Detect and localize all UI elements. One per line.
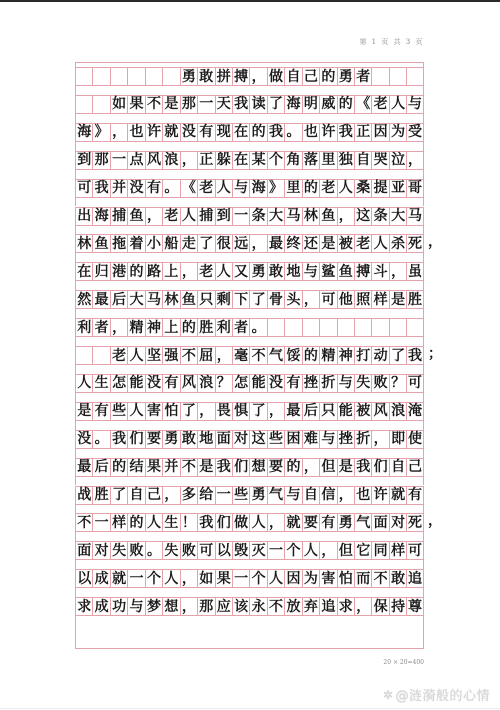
grid-cell: 个 [284, 542, 301, 559]
grid-cell: 敢 [267, 263, 284, 280]
grid-cell: 人 [267, 570, 284, 587]
grid-cell: 老 [162, 208, 179, 225]
grid-cell: 因 [371, 124, 388, 141]
grid-cell: 失 [354, 375, 371, 392]
grid-cell: 正 [197, 152, 214, 169]
grid-cell: 上 [162, 263, 179, 280]
grid-cell: 与 [127, 598, 144, 615]
grid-cell: 归 [92, 263, 109, 280]
text-row: 可我并没有。《老人与海》里的老人桑提亚哥 [75, 179, 424, 198]
grid-cell: 虽 [406, 263, 423, 280]
grid-cell [92, 347, 109, 364]
grid-cell: 没 [127, 180, 144, 197]
row-gap [75, 226, 424, 235]
row-gap [75, 309, 424, 318]
grid-cell: 不 [267, 598, 284, 615]
grid-cell: 对 [92, 542, 109, 559]
grid-cell: 小 [145, 235, 162, 252]
grid-cell: 那 [92, 152, 109, 169]
grid-cell [110, 68, 127, 85]
grid-cell: ， [215, 347, 232, 364]
grid-cell [162, 68, 179, 85]
grid-cell: 没 [267, 375, 284, 392]
grid-cell: 畏 [215, 403, 232, 420]
text-row: 然最后大马林鱼只剩下了骨头，可他照样是胜 [75, 290, 424, 309]
grid-cell: 在 [232, 152, 249, 169]
grid-cell: 能 [127, 375, 144, 392]
row-gap [75, 253, 424, 262]
grid-cell: 对 [389, 514, 406, 531]
grid-cell: 受 [406, 124, 423, 141]
grid-cell: 坚 [145, 347, 162, 364]
grid-cell: 可 [75, 180, 92, 197]
grid-cell: 己 [406, 459, 423, 476]
grid-cell: 做 [267, 68, 284, 85]
grid-cell: 面 [75, 542, 92, 559]
grid-cell: 着 [127, 235, 144, 252]
grid-cell: 一 [197, 96, 214, 113]
grid-cell: 败 [127, 542, 144, 559]
grid-cell: 敢 [197, 68, 214, 85]
grid-cell: 很 [215, 235, 232, 252]
row-gap [75, 588, 424, 597]
grid-cell: 某 [249, 152, 266, 169]
grid-cell: 一 [267, 542, 284, 559]
grid-cell: 马 [406, 208, 423, 225]
grid-cell: 的 [284, 459, 301, 476]
grid-cell: 精 [319, 347, 336, 364]
grid-cell: 果 [145, 459, 162, 476]
row-gap [75, 449, 424, 458]
grid-cell: 信 [319, 487, 336, 504]
grid-cell [75, 96, 92, 113]
grid-cell: 鲨 [319, 263, 336, 280]
grid-cell: 在 [75, 263, 92, 280]
text-row: 林鱼拖着小船走了很远，最终还是被老人杀死 [75, 234, 424, 253]
grid-cell: 挫 [337, 431, 354, 448]
grid-cell: ， [319, 542, 336, 559]
row-gap [75, 170, 424, 179]
grid-cell: 敢 [389, 570, 406, 587]
grid-cell: ， [389, 263, 406, 280]
grid-cell: 走 [180, 235, 197, 252]
grid-cell: 鱼 [127, 208, 144, 225]
text-row: 到那一点风浪，正躲在某个角落里独自哭泣， [75, 151, 424, 170]
grid-cell: 弃 [302, 598, 319, 615]
grid-cell: 毁 [232, 542, 249, 559]
overflow-punctuation: ； [428, 345, 442, 364]
grid-cell: 失 [110, 542, 127, 559]
grid-cell: 想 [162, 598, 179, 615]
grid-cell: 明 [302, 96, 319, 113]
grid-cell [371, 68, 388, 85]
grid-cell: ？ [389, 375, 406, 392]
grid-cell: 人 [371, 235, 388, 252]
grid-cell: 照 [354, 291, 371, 308]
grid-cell: 拼 [215, 68, 232, 85]
grid-cell: 但 [337, 542, 354, 559]
grid-cell: 样 [110, 514, 127, 531]
grid-cell: 神 [337, 347, 354, 364]
grid-cell: 港 [110, 263, 127, 280]
grid-cell: 了 [267, 96, 284, 113]
grid-cell: 我 [354, 459, 371, 476]
grid-cell: 海 [75, 124, 92, 141]
grid-cell: 路 [145, 263, 162, 280]
grid-cell: 人 [215, 180, 232, 197]
grid-cell: 梦 [145, 598, 162, 615]
grid-cell: 战 [75, 487, 92, 504]
grid-cell: 给 [197, 487, 214, 504]
grid-cell: 样 [371, 291, 388, 308]
grid-cell: 与 [319, 431, 336, 448]
grid-cell: 海 [284, 96, 301, 113]
grid-cell: 然 [75, 291, 92, 308]
text-row: 在归港的路上，老人又勇敢地与鲨鱼搏斗，虽 [75, 262, 424, 281]
grid-cell: 成 [92, 598, 109, 615]
grid-cell [302, 319, 319, 336]
grid-cell: 人 [337, 180, 354, 197]
grid-cell: 自 [127, 487, 144, 504]
grid-cell: 只 [319, 403, 336, 420]
grid-cell: 上 [162, 319, 179, 336]
grid-cell: 《 [354, 96, 371, 113]
grid-cell: 大 [389, 208, 406, 225]
grid-cell: 勇 [162, 431, 179, 448]
row-gap [75, 337, 424, 346]
grid-cell: 害 [319, 570, 336, 587]
grid-cell: ！ [180, 514, 197, 531]
grid-cell: 一 [127, 570, 144, 587]
sparkle-icon: ✲ [383, 688, 394, 702]
grid-cell: 追 [406, 570, 423, 587]
grid-cell: ， [110, 124, 127, 141]
text-row: 以成就一个人，如果一个人因为害怕而不敢追 [75, 569, 424, 588]
grid-cell: 的 [249, 124, 266, 141]
row-gap [75, 505, 424, 514]
grid-cell: 利 [75, 319, 92, 336]
grid-cell: 一 [110, 152, 127, 169]
grid-cell: 勇 [249, 263, 266, 280]
grid-cell: 与 [232, 180, 249, 197]
grid-cell: 不 [371, 570, 388, 587]
grid-cell: 有 [406, 487, 423, 504]
grid-cell [354, 319, 371, 336]
grid-cell: 使 [406, 431, 423, 448]
grid-cell: 》 [267, 180, 284, 197]
grid-cell: ？ [215, 375, 232, 392]
grid-cell: 就 [389, 487, 406, 504]
grid-cell: 亚 [389, 180, 406, 197]
grid-cell: 这 [249, 431, 266, 448]
grid-cell: ， [249, 235, 266, 252]
grid-cell [389, 319, 406, 336]
grid-cell: 不 [180, 347, 197, 364]
manuscript-grid: 勇敢拼搏，做自己的勇者如果不是那一天我读了海明威的《老人与海》，也许就没有现在的… [75, 62, 424, 649]
grid-cell: 不 [75, 514, 92, 531]
grid-cell: 与 [337, 375, 354, 392]
grid-cell: 我 [337, 124, 354, 141]
grid-cell: 鱼 [319, 208, 336, 225]
grid-cell: 与 [302, 263, 319, 280]
grid-cell: 浪 [389, 403, 406, 420]
grid-cell: 自 [354, 152, 371, 169]
grid-cell: 条 [249, 208, 266, 225]
grid-cell [406, 68, 423, 85]
row-gap [75, 281, 424, 290]
grid-cell: 勇 [337, 68, 354, 85]
grid-cell: 到 [215, 208, 232, 225]
grid-cell: 角 [284, 152, 301, 169]
grid-cell: 屈 [197, 347, 214, 364]
grid-cell: 躲 [215, 152, 232, 169]
grid-cell: 们 [215, 514, 232, 531]
grid-cell: 有 [162, 375, 179, 392]
grid-cell: 些 [232, 487, 249, 504]
grid-cell: 精 [127, 319, 144, 336]
grid-cell: 杀 [389, 235, 406, 252]
grid-cell: 远 [232, 235, 249, 252]
grid-cell: 也 [302, 124, 319, 141]
text-row: 没。我们要勇敢地面对这些困难与挫折，即使 [75, 430, 424, 449]
grid-cell: 失 [162, 542, 179, 559]
grid-cell: 条 [371, 208, 388, 225]
grid-cell: 以 [75, 570, 92, 587]
grid-cell: 桑 [354, 180, 371, 197]
grid-cell: 里 [319, 152, 336, 169]
grid-cell: 能 [337, 403, 354, 420]
text-row: 面对失败。失败可以毁灭一个人，但它同样可 [75, 541, 424, 560]
grid-cell: 可 [406, 542, 423, 559]
grid-cell: 怕 [337, 570, 354, 587]
grid-cell: 它 [354, 542, 371, 559]
grid-cell: 果 [127, 96, 144, 113]
grid-cell [75, 68, 92, 85]
grid-cell: 功 [110, 598, 127, 615]
grid-cell: 鱼 [92, 235, 109, 252]
grid-cell: ， [180, 598, 197, 615]
grid-cell: 点 [127, 152, 144, 169]
grid-cell: 拖 [110, 235, 127, 252]
grid-cell: 面 [215, 431, 232, 448]
grid-cell: 果 [215, 570, 232, 587]
grid-cell: 者 [232, 319, 249, 336]
grid-cell: 正 [354, 124, 371, 141]
grid-cell: 尊 [406, 598, 423, 615]
grid-cell: 我 [110, 431, 127, 448]
grid-cell: 》 [92, 124, 109, 141]
text-row: 最后的结果并不是我们想要的，但是我们自己 [75, 458, 424, 477]
grid-cell: 追 [319, 598, 336, 615]
grid-cell: 捕 [197, 208, 214, 225]
text-row: 不一样的人生！我们做人，就要有勇气面对死 [75, 513, 424, 532]
grid-cell: 老 [354, 235, 371, 252]
grid-cell: 因 [284, 570, 301, 587]
grid-cell: 有 [145, 180, 162, 197]
grid-cell: 强 [162, 347, 179, 364]
grid-cell: 斗 [371, 263, 388, 280]
grid-cell: 者 [354, 68, 371, 85]
grid-cell: ， [302, 291, 319, 308]
grid-cell: 我 [267, 124, 284, 141]
watermark: ✲ @涟漪般的心情 [383, 685, 490, 704]
grid-cell: ， [110, 319, 127, 336]
grid-cell: 威 [319, 96, 336, 113]
grid-cell: 做 [232, 514, 249, 531]
grid-cell: 利 [215, 319, 232, 336]
grid-cell: 林 [162, 291, 179, 308]
grid-cell: 能 [249, 375, 266, 392]
grid-cell: 毫 [232, 347, 249, 364]
grid-cell [284, 319, 301, 336]
grid-cell: 并 [110, 180, 127, 197]
grid-cell: 出 [75, 208, 92, 225]
grid-cell: 地 [197, 431, 214, 448]
grid-cell: 海 [249, 180, 266, 197]
grid-cell: 有 [319, 514, 336, 531]
grid-cell: 有 [197, 124, 214, 141]
grid-cell: 老 [319, 180, 336, 197]
grid-cell: ， [267, 514, 284, 531]
grid-cell: 了 [249, 291, 266, 308]
grid-cell [337, 319, 354, 336]
row-gap [75, 477, 424, 486]
grid-cell: 我 [232, 96, 249, 113]
grid-cell: 为 [302, 570, 319, 587]
grid-cell: 没 [75, 431, 92, 448]
grid-cell: 可 [319, 291, 336, 308]
grid-cell: 勇 [249, 487, 266, 504]
grid-cell: 大 [127, 291, 144, 308]
grid-cell: 是 [197, 459, 214, 476]
grid-cell: 就 [284, 514, 301, 531]
grid-cell: 个 [249, 570, 266, 587]
grid-cell: 。 [145, 542, 162, 559]
grid-cell: 不 [180, 459, 197, 476]
grid-cell: 多 [180, 487, 197, 504]
text-row: 求成功与梦想，那应该永不放弃追求，保持尊 [75, 597, 424, 616]
grid-cell: 一 [92, 514, 109, 531]
grid-cell: 一 [232, 570, 249, 587]
grid-cell: 神 [145, 319, 162, 336]
grid-cell: 有 [284, 375, 301, 392]
grid-cell: 许 [145, 124, 162, 141]
grid-cell: 己 [145, 487, 162, 504]
grid-cell: 浪 [162, 152, 179, 169]
grid-cell: 一 [232, 208, 249, 225]
grid-cell: 保 [371, 598, 388, 615]
grid-cell: 与 [406, 96, 423, 113]
grid-cell: 到 [75, 152, 92, 169]
text-row: 出海捕鱼，老人捕到一条大马林鱼，这条大马 [75, 207, 424, 226]
grid-cell: 打 [354, 347, 371, 364]
grid-cell: 气 [267, 487, 284, 504]
grid-cell: 人 [162, 570, 179, 587]
grid-cell: 死 [406, 514, 423, 531]
grid-cell: 剩 [215, 291, 232, 308]
grid-cell [92, 68, 109, 85]
grid-cell: 怕 [162, 403, 179, 420]
grid-cell: 个 [145, 570, 162, 587]
grid-cell: 林 [75, 235, 92, 252]
grid-cell: 海 [92, 208, 109, 225]
grid-cell: 可 [197, 542, 214, 559]
grid-cell: 败 [371, 375, 388, 392]
grid-cell: 我 [215, 459, 232, 476]
grid-cell: 人 [302, 542, 319, 559]
grid-cell: ， [371, 431, 388, 448]
grid-cell: 自 [389, 459, 406, 476]
grid-cell: 独 [337, 152, 354, 169]
grid-cell: 最 [267, 235, 284, 252]
grid-cell: ， [302, 459, 319, 476]
page-indicator: 第 1 页 共 3 页 [359, 37, 424, 47]
grid-cell: 是 [319, 235, 336, 252]
text-row: 老人坚强不屈，毫不气馁的精神打动了我 [75, 346, 424, 365]
grid-cell: 些 [110, 403, 127, 420]
row-gap [75, 532, 424, 541]
grid-cell: 如 [110, 96, 127, 113]
grid-cell: 生 [92, 375, 109, 392]
grid-cell: 马 [284, 208, 301, 225]
grid-cell: 人 [127, 347, 144, 364]
grid-cell: 败 [180, 542, 197, 559]
grid-cell: 最 [92, 291, 109, 308]
grid-cell: ， [180, 152, 197, 169]
grid-cell: 是 [389, 291, 406, 308]
grid-cell: 同 [371, 542, 388, 559]
grid-cell: 个 [267, 152, 284, 169]
grid-cell: 胜 [406, 291, 423, 308]
grid-cell: 自 [284, 68, 301, 85]
grid-cell: 终 [284, 235, 301, 252]
grid-cell: 林 [302, 208, 319, 225]
grid-cell: 难 [302, 431, 319, 448]
grid-cell: 为 [389, 124, 406, 141]
grid-cell [389, 68, 406, 85]
grid-cell: 如 [197, 570, 214, 587]
grid-cell: 泣 [389, 152, 406, 169]
grid-cell: 没 [145, 375, 162, 392]
grid-cell: 的 [127, 514, 144, 531]
grid-cell: 搏 [354, 263, 371, 280]
grid-cell: 不 [145, 96, 162, 113]
grid-cell: 永 [249, 598, 266, 615]
title-row: 勇敢拼搏，做自己的勇者 [75, 67, 424, 86]
grid-cell: 现 [215, 124, 232, 141]
grid-cell: 应 [215, 598, 232, 615]
grid-cell: 。 [284, 124, 301, 141]
grid-cell: 即 [389, 431, 406, 448]
grid-cell: 并 [162, 459, 179, 476]
grid-cell: 后 [92, 459, 109, 476]
grid-cell: 哥 [406, 180, 423, 197]
grid-cell: 我 [197, 514, 214, 531]
grid-cell: 后 [110, 291, 127, 308]
grid-cell: 许 [319, 124, 336, 141]
grid-cell: 困 [284, 431, 301, 448]
grid-cell: 捕 [110, 208, 127, 225]
grid-cell: 怎 [110, 375, 127, 392]
grid-cell: 也 [354, 487, 371, 504]
grid-cell: 而 [354, 570, 371, 587]
grid-cell: 读 [249, 96, 266, 113]
grid-cell: ， [249, 68, 266, 85]
grid-cell: 了 [110, 487, 127, 504]
grid-cell: 以 [215, 542, 232, 559]
grid-cell: 。 [249, 319, 266, 336]
grid-cell: 鱼 [337, 263, 354, 280]
